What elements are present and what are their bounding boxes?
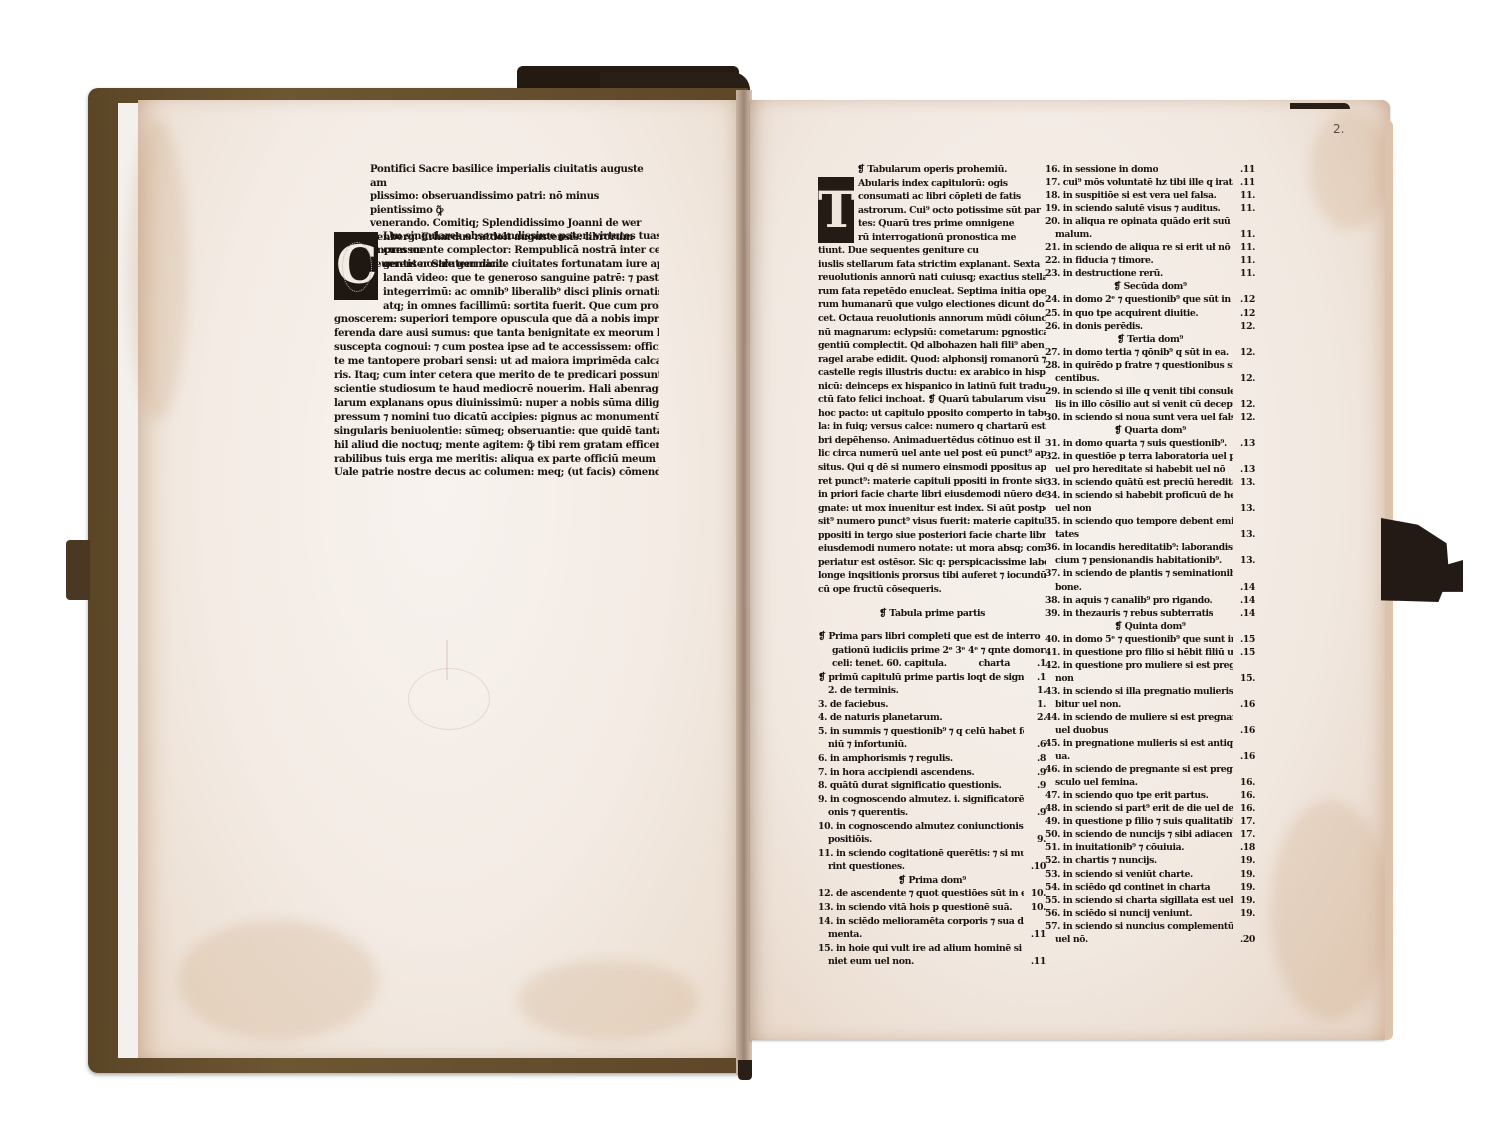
- entry-charta-number: .11: [1024, 928, 1046, 942]
- entry-charta-number: 12.: [1233, 320, 1255, 333]
- entry-title: 50. in sciendo de nuncijs ⁊ sibi adiacen…: [1045, 828, 1233, 841]
- prohemium-line: sit⁹ numero punct⁹ visus fuerit: materie…: [818, 515, 1046, 529]
- entry-charta-number: .13: [1233, 463, 1255, 476]
- entry-charta-number: [1024, 847, 1046, 861]
- entry-title: tates: [1055, 528, 1079, 541]
- prohemium-line: cet. Octaua reuolutionis annorum mūdi cō…: [818, 312, 1046, 326]
- entry-title: 16. in sessione in domo: [1045, 163, 1158, 176]
- entry-charta-number: [1233, 685, 1255, 698]
- prohemium-line: in priori facie charte libri eiusdemodi …: [818, 488, 1046, 502]
- letter-line: atq; in omnes facillimū: sortita fuerit.…: [383, 300, 659, 314]
- entry-title: 52. in chartis ⁊ nuncijs.: [1045, 854, 1157, 867]
- table-of-contents-entry: menta..11: [818, 928, 1046, 942]
- table-of-contents-entry: 41. in questione pro filio si hēbit fili…: [1045, 646, 1255, 659]
- table-of-contents-entry: ua..16: [1045, 750, 1255, 763]
- letter-line: te me tantopere probari sensi: ut ad mai…: [334, 355, 659, 369]
- table-of-contents-entry: 2. de terminis.1.: [818, 684, 1046, 698]
- prohemium-line: Abularis index capitulorū: ogis: [858, 177, 1046, 191]
- entry-title: 33. in sciendo quātū est preciū heredita…: [1045, 476, 1233, 489]
- entry-title: menta.: [828, 928, 862, 942]
- letter-line: hil aliud die noctuq; mente agitem: ꝙ̃ t…: [334, 439, 659, 453]
- table-of-contents-entry: uel duobus.16: [1045, 724, 1255, 737]
- entry-charta-number: 19.: [1233, 868, 1255, 881]
- decorated-initial-c: C: [334, 232, 378, 300]
- table-of-contents-entry: 52. in chartis ⁊ nuncijs.19.: [1045, 854, 1255, 867]
- entry-title: 29. in sciendo si ille q venit tibi cons…: [1045, 385, 1233, 398]
- table-of-contents-entry: uel pro hereditate si habebit uel nō.13: [1045, 463, 1255, 476]
- entry-title: 54. in sciēdo qd continet in charta: [1045, 881, 1210, 894]
- entry-title: 20. in aliqua re opinata quādo erit suū …: [1045, 215, 1233, 228]
- prohemium-line: rū interrogationū pronostica me: [858, 231, 1046, 245]
- letter-line: scientie studiosum te haud mediocrē noue…: [334, 383, 659, 397]
- folio-number: 2.: [1333, 122, 1344, 136]
- prohemium-line: consumati ac libri cōpleti de fatis: [858, 190, 1046, 204]
- entry-title: niet eum uel non.: [828, 955, 914, 969]
- entry-charta-number: .10: [1024, 860, 1046, 874]
- table-of-contents-entry: tates13.: [1045, 528, 1255, 541]
- entry-charta-number: [1233, 489, 1255, 502]
- prohemium-line: cū ope fructū cōsequeris.: [818, 583, 1046, 597]
- table-of-contents-entry: bitur uel non..16: [1045, 698, 1255, 711]
- letter-body: C Um singulares obseruandissime pater: v…: [334, 230, 659, 480]
- table-of-contents-entry: uel nō..20: [1045, 933, 1255, 946]
- entry-title: sculo uel femina.: [1055, 776, 1138, 789]
- table-of-contents-entry: 39. in thezauris ⁊ rebus subterratis.14: [1045, 607, 1255, 620]
- table-of-contents-entry: 48. in sciendo si part⁹ erit de die uel …: [1045, 802, 1255, 815]
- table-of-contents-entry: 33. in sciendo quātū est preciū heredita…: [1045, 476, 1255, 489]
- dedication-line: Pontifici Sacre basilice imperialis ciui…: [370, 163, 655, 190]
- entry-title: 18. in suspitiōe si est vera uel falsa.: [1045, 189, 1216, 202]
- table-of-contents-entry: 47. in sciendo quo tpe erit partus.16.: [1045, 789, 1255, 802]
- table-of-contents-entry: 28. in quirēdo p fratre ⁊ questionibus s…: [1045, 359, 1255, 372]
- entry-title: 14. in sciēdo melioramēta corporis ⁊ sua…: [818, 915, 1024, 929]
- prohemium-line: nū magnarum: eclypsiū: cometarum: pgnost…: [818, 326, 1046, 340]
- table-of-contents-entry: 32. in questiōe p terra laboratoria uel …: [1045, 450, 1255, 463]
- entry-title: 26. in donis perēdis.: [1045, 320, 1143, 333]
- entry-title: 34. in sciendo si habebit proficuū de he…: [1045, 489, 1233, 502]
- prohemium-line: lic circa numerū uel ante uel post eū pu…: [818, 447, 1046, 461]
- table-of-contents-entry: 10. in cognoscendo almutez coniunctionis…: [818, 820, 1046, 834]
- entry-title: 48. in sciendo si part⁹ erit de die uel …: [1045, 802, 1233, 815]
- table-of-contents-entry: 37. in sciendo de plantis ⁊ seminationib…: [1045, 567, 1255, 580]
- table-of-contents-entry: bone..14: [1045, 581, 1255, 594]
- entry-charta-number: 11.: [1233, 267, 1255, 280]
- entry-charta-number: 16.: [1233, 776, 1255, 789]
- table-of-contents-entry: 5. in summis ⁊ questionib⁹ ⁊ q celū habe…: [818, 725, 1046, 739]
- entry-charta-number: 11.: [1233, 254, 1255, 267]
- table-of-contents-entry: 35. in sciendo quo tempore debent emi he…: [1045, 515, 1255, 528]
- section-heading-prima-domus: ❡ Prima dom⁹: [818, 874, 1046, 888]
- table-of-contents-entry: 38. in aquis ⁊ canalib⁹ pro rigando..14: [1045, 594, 1255, 607]
- prohemium-line: astrorum. Cui⁹ octo potissime sūt par: [858, 204, 1046, 218]
- letter-line: pressum ⁊ nomini tuo dicatū accipies: pi…: [334, 411, 659, 425]
- entry-title: 53. in sciendo si veniūt charte.: [1045, 868, 1193, 881]
- prohemium-line: ppositi in tergo siue posteriori facie c…: [818, 529, 1046, 543]
- entry-charta-number: 12.: [1233, 346, 1255, 359]
- entry-charta-number: 19.: [1233, 907, 1255, 920]
- entry-title: 4. de naturis planetarum.: [818, 711, 942, 725]
- entry-charta-number: 10.: [1024, 901, 1046, 915]
- entry-charta-number: [1233, 450, 1255, 463]
- part-intro-line: ❡ Prima pars libri completi que est de i…: [818, 630, 1046, 644]
- entry-title: 43. in sciendo si illa pregnatio mulieri…: [1045, 685, 1233, 698]
- entry-title: bone.: [1055, 581, 1082, 594]
- entry-title: 13. in sciendo vitā hois p questionē suā…: [818, 901, 1012, 915]
- entry-charta-number: [1233, 359, 1255, 372]
- entry-charta-number: [1024, 793, 1046, 807]
- entry-title: non: [1055, 672, 1074, 685]
- entry-charta-number: .15: [1233, 633, 1255, 646]
- prohemium-line: eiusdemodi numero notate: ut mora absq; …: [818, 542, 1046, 556]
- entry-charta-number: 19.: [1233, 854, 1255, 867]
- entry-title: 39. in thezauris ⁊ rebus subterratis: [1045, 607, 1213, 620]
- table-of-contents-entry: 55. in sciendo si charta sigillata est u…: [1045, 894, 1255, 907]
- table-of-contents-entry: 51. in inuitationib⁹ ⁊ cōuiuia..18: [1045, 841, 1255, 854]
- entry-charta-number: [1233, 711, 1255, 724]
- table-of-contents-entry: 16. in sessione in domo.11: [1045, 163, 1255, 176]
- table-of-contents-entry: 30. in sciendo si noua sunt vera uel fal…: [1045, 411, 1255, 424]
- table-of-contents-entry: 42. in questione pro muliere si est preg…: [1045, 659, 1255, 672]
- entry-charta-number: 2.: [1024, 711, 1046, 725]
- entry-title: 51. in inuitationib⁹ ⁊ cōuiuia.: [1045, 841, 1184, 854]
- entry-title: niū ⁊ infortuniū.: [828, 738, 907, 752]
- table-of-contents-entry: 49. in questione p filio ⁊ suis qualitat…: [1045, 815, 1255, 828]
- entry-charta-number: .18: [1233, 841, 1255, 854]
- entry-charta-number: 13.: [1233, 528, 1255, 541]
- entry-title: centibus.: [1055, 372, 1099, 385]
- entry-title: 8. quātū durat significatio questionis.: [818, 779, 1002, 793]
- prohemium-line: bri depēhenso. Animaduertēdus cōtinuo es…: [818, 434, 1046, 448]
- entry-title: 9. in cognoscendo almutez. i. significat…: [818, 793, 1024, 807]
- table-of-contents-entry: niet eum uel non..11: [818, 955, 1046, 969]
- table-of-contents-entry: 17. cui⁹ mōs voluntatē hz tibi ille q ir…: [1045, 176, 1255, 189]
- part-intro-line: gationū iudiciis prime 2ᵉ 3ᵉ 4ᵉ ⁊ qnte d…: [818, 644, 1046, 658]
- entry-title: ua.: [1055, 750, 1070, 763]
- letter-line: gentis nostre germanie ciuitates fortuna…: [383, 258, 659, 272]
- table-of-contents-entry: 12. de ascendente ⁊ quot questiōes sūt i…: [818, 887, 1046, 901]
- table-of-contents-entry: 8. quātū durat significatio questionis..…: [818, 779, 1046, 793]
- entry-title: 28. in quirēdo p fratre ⁊ questionibus s…: [1045, 359, 1233, 372]
- entry-charta-number: .12: [1233, 307, 1255, 320]
- table-of-contents-entry: centibus.12.: [1045, 372, 1255, 385]
- entry-charta-number: .12: [1233, 293, 1255, 306]
- entry-title: 35. in sciendo quo tempore debent emi he…: [1045, 515, 1233, 528]
- entry-charta-number: 11.: [1233, 228, 1255, 241]
- table-of-contents-entry: 21. in sciendo de aliqua re si erit uł n…: [1045, 241, 1255, 254]
- entry-charta-number: 16.: [1233, 802, 1255, 815]
- entry-title: lis in illo cōsilio aut si venit cū dece…: [1055, 398, 1233, 411]
- entry-charta-number: 10.: [1024, 887, 1046, 901]
- entry-title: 30. in sciendo si noua sunt vera uel fal…: [1045, 411, 1233, 424]
- table-of-contents-entry: 45. in pregnatione mulieris si est antiq…: [1045, 737, 1255, 750]
- entry-title: 31. in domo quarta ⁊ suis questionib⁹.: [1045, 437, 1227, 450]
- prohemium-line: longe inqsitionis prorsus tibi auferet ⁊…: [818, 569, 1046, 583]
- prohemium-line: tes: Quarū tres prime omnigene: [858, 217, 1046, 231]
- table-entries-a2: 12. de ascendente ⁊ quot questiōes sūt i…: [818, 887, 1046, 968]
- prohemium-line: hoc pacto: ut capitulo pposito comperto …: [818, 407, 1046, 421]
- letter-line: ris. Itaq; cum inter cetera que merito d…: [334, 369, 659, 383]
- entry-charta-number: [1233, 659, 1255, 672]
- entry-charta-number: .20: [1233, 933, 1255, 946]
- table-of-contents-entry: 13. in sciendo vitā hois p questionē suā…: [818, 901, 1046, 915]
- entry-charta-number: 13.: [1233, 476, 1255, 489]
- prohemium-line: periatur est ostēsor. Sic q: perspicacis…: [818, 556, 1046, 570]
- entry-charta-number: .16: [1233, 750, 1255, 763]
- entry-title: 45. in pregnatione mulieris si est antiq…: [1045, 737, 1233, 750]
- letter-line: suscepta cognoui: ⁊ cum postea ipse ad t…: [334, 341, 659, 355]
- entry-charta-number: 11.: [1233, 241, 1255, 254]
- entry-title: 2. de terminis.: [828, 684, 898, 698]
- entry-title: onis ⁊ querentis.: [828, 806, 908, 820]
- letter-line: Uale patrie nostre decus ac columen: meq…: [334, 466, 659, 480]
- prohemium-line: gnate: ut mox inuenitur est index. Si aū…: [818, 502, 1046, 516]
- letter-line: gnoscerem: superiori tempore opuscula qu…: [334, 313, 659, 327]
- entry-title: 27. in domo tertia ⁊ qōnib⁹ q sūt in ea.: [1045, 346, 1229, 359]
- entry-title: 32. in questiōe p terra laboratoria uel …: [1045, 450, 1233, 463]
- entry-charta-number: [1024, 725, 1046, 739]
- table-of-contents-entry: 54. in sciēdo qd continet in charta19.: [1045, 881, 1255, 894]
- table-of-contents-entry: niū ⁊ infortuniū..6: [818, 738, 1046, 752]
- letter-line: landā video: que te generoso sanguine pa…: [383, 272, 659, 286]
- table-of-contents-entry: malum.11.: [1045, 228, 1255, 241]
- letter-line: singularis beniuolentie: sūmeq; obseruan…: [334, 425, 659, 439]
- prohemium-line: nicū: deinceps ex hispanico in latinū fu…: [818, 380, 1046, 394]
- spine-bottom: [738, 1060, 752, 1080]
- prohemium-line: tiunt. Due sequentes geniture cu: [818, 244, 1046, 258]
- entry-title: uel pro hereditate si habebit uel nō: [1055, 463, 1225, 476]
- table-of-contents-entry: 25. in quo tpe acquirent diuitie..12: [1045, 307, 1255, 320]
- entry-charta-number: .9: [1024, 779, 1046, 793]
- entry-title: 46. in sciendo de pregnante si est pregn…: [1045, 763, 1233, 776]
- dedication-line: plissimo: obseruandissimo patri: nō minu…: [370, 190, 655, 217]
- prohemium-line: ret punct⁹: materie capituli ppositi in …: [818, 475, 1046, 489]
- table-of-contents-entry: 3. de faciebus.1.: [818, 698, 1046, 712]
- entry-title: 19. in sciendo salutē visus ⁊ auditus.: [1045, 202, 1220, 215]
- table-of-contents-entry: 36. in locandis hereditatib⁹: laborandis…: [1045, 541, 1255, 554]
- table-of-contents-entry: 40. in domo 5ᵉ ⁊ questionib⁹ que sunt in…: [1045, 633, 1255, 646]
- prohemium-line: castelle regis illustris ductu: ex arabi…: [818, 366, 1046, 380]
- entry-title: 7. in hora accipiendi ascendens.: [818, 766, 974, 780]
- table-of-contents-entry: cium ⁊ pensionandis habitationib⁹.13.: [1045, 554, 1255, 567]
- entry-charta-number: .9: [1024, 766, 1046, 780]
- entry-charta-number: 17.: [1233, 815, 1255, 828]
- entry-charta-number: 19.: [1233, 894, 1255, 907]
- entry-title: bitur uel non.: [1055, 698, 1121, 711]
- table-of-contents-entry: 27. in domo tertia ⁊ qōnib⁹ q sūt in ea.…: [1045, 346, 1255, 359]
- entry-charta-number: .8: [1024, 752, 1046, 766]
- table-heading: ❡ Tabula prime partis: [818, 607, 1046, 621]
- entry-charta-number: .11: [1024, 955, 1046, 969]
- entry-charta-number: 17.: [1233, 828, 1255, 841]
- entry-charta-number: [1233, 567, 1255, 580]
- paper-watermark: [408, 668, 490, 730]
- entry-title: 42. in questione pro muliere si est preg…: [1045, 659, 1233, 672]
- section-heading: ❡ Quinta dom⁹: [1045, 620, 1255, 633]
- entry-charta-number: 9.: [1024, 833, 1046, 847]
- entry-title: 57. in sciendo si nuncius complementū ad…: [1045, 920, 1233, 933]
- open-book: 2. Pontifici Sacre basilice imperialis c…: [0, 0, 1500, 1138]
- dedication-line: venerando. Comitiq; Splendidissimo Joann…: [370, 217, 655, 231]
- entry-title: ❡ primū capitulū prime partis loqt de si…: [818, 671, 1024, 685]
- table-of-contents-entry: 18. in suspitiōe si est vera uel falsa.1…: [1045, 189, 1255, 202]
- right-column-a: ❡ Tabularum operis prohemiū. T Abularis …: [818, 163, 1046, 969]
- entry-charta-number: [1233, 385, 1255, 398]
- entry-charta-number: 19.: [1233, 881, 1255, 894]
- entry-title: 40. in domo 5ᵉ ⁊ questionib⁹ que sunt in…: [1045, 633, 1233, 646]
- entry-charta-number: [1233, 215, 1255, 228]
- table-of-contents-entry: 19. in sciendo salutē visus ⁊ auditus.11…: [1045, 202, 1255, 215]
- entry-charta-number: 12.: [1233, 411, 1255, 424]
- entry-title: 38. in aquis ⁊ canalib⁹ pro rigando.: [1045, 594, 1212, 607]
- entry-charta-number: .16: [1233, 698, 1255, 711]
- entry-charta-number: 15.: [1233, 672, 1255, 685]
- table-of-contents-entry: 7. in hora accipiendi ascendens..9: [818, 766, 1046, 780]
- prohemium-heading: ❡ Tabularum operis prohemiū.: [818, 163, 1046, 177]
- letter-line: Um singulares obseruandissime pater: vir…: [383, 230, 659, 244]
- table-of-contents-entry: 23. in destructione rerū.11.: [1045, 267, 1255, 280]
- table-of-contents-entry: 15. in hoie qui vult ire ad alium hominē…: [818, 942, 1046, 956]
- decorated-initial-t: T: [818, 177, 854, 243]
- table-of-contents-entry: 20. in aliqua re opinata quādo erit suū …: [1045, 215, 1255, 228]
- prohemium-line: rum fata repetēdo enucleat. Septima init…: [818, 285, 1046, 299]
- entry-title: 6. in amphorismis ⁊ regulis.: [818, 752, 953, 766]
- part-intro-entry: celi: tenet. 60. capitula. charta .1: [818, 657, 1046, 671]
- table-of-contents-entry: 26. in donis perēdis.12.: [1045, 320, 1255, 333]
- table-of-contents-entry: 43. in sciendo si illa pregnatio mulieri…: [1045, 685, 1255, 698]
- table-entries-a: ❡ primū capitulū prime partis loqt de si…: [818, 671, 1046, 874]
- entry-charta-number: [1233, 920, 1255, 933]
- section-heading: ❡ Tertia dom⁹: [1045, 333, 1255, 346]
- table-of-contents-entry: 44. in sciendo de muliere si est pregnan…: [1045, 711, 1255, 724]
- section-heading: ❡ Quarta dom⁹: [1045, 424, 1255, 437]
- left-clasp-stub: [66, 540, 90, 600]
- entry-charta-number: 1.: [1024, 684, 1046, 698]
- right-clasp: [1381, 518, 1463, 602]
- right-binding-top: [1290, 103, 1350, 109]
- prohemium-line: gentiū complectit. Qd albohazen hali fil…: [818, 339, 1046, 353]
- prohemium-line: ctū fato felici inchoat. ❡ Quarū tabular…: [818, 393, 1046, 407]
- entry-charta-number: .1: [1024, 671, 1046, 685]
- entry-charta-number: 12.: [1233, 398, 1255, 411]
- entry-title: 41. in questione pro filio si hēbit fili…: [1045, 646, 1233, 659]
- entry-charta-number: 1.: [1024, 698, 1046, 712]
- letter-line: cum mente complector: Rempublicā nostrā …: [383, 244, 659, 258]
- prohemium-line: ragel arabe edidit. Quod: alphonsij roma…: [818, 353, 1046, 367]
- table-of-contents-entry: 9. in cognoscendo almutez. i. significat…: [818, 793, 1046, 807]
- table-of-contents-entry: 34. in sciendo si habebit proficuū de he…: [1045, 489, 1255, 502]
- entry-charta-number: .15: [1233, 646, 1255, 659]
- entry-charta-number: [1233, 737, 1255, 750]
- entry-title: uel non: [1055, 502, 1091, 515]
- table-of-contents-entry: non15.: [1045, 672, 1255, 685]
- entry-charta-number: [1233, 541, 1255, 554]
- entry-charta-number: 16.: [1233, 789, 1255, 802]
- table-of-contents-entry: 56. in sciēdo si nuncij veniunt.19.: [1045, 907, 1255, 920]
- table-of-contents-entry: lis in illo cōsilio aut si venit cū dece…: [1045, 398, 1255, 411]
- entry-title: 10. in cognoscendo almutez coniunctionis…: [818, 820, 1024, 834]
- letter-line: larum explanans opus diuinissimū: nuper …: [334, 397, 659, 411]
- entry-title: 47. in sciendo quo tpe erit partus.: [1045, 789, 1208, 802]
- entry-title: rint questiones.: [828, 860, 905, 874]
- entry-title: 15. in hoie qui vult ire ad alium hominē…: [818, 942, 1024, 956]
- entry-charta-number: 13.: [1233, 502, 1255, 515]
- entry-charta-number: [1024, 820, 1046, 834]
- prohemium-line: rum humanarū que vulgo electiones dicunt…: [818, 298, 1046, 312]
- table-of-contents-entry: sculo uel femina.16.: [1045, 776, 1255, 789]
- entry-charta-number: 12.: [1233, 372, 1255, 385]
- table-of-contents-entry: 22. in fiducia ⁊ timore.11.: [1045, 254, 1255, 267]
- entry-charta-number: 11.: [1233, 189, 1255, 202]
- entry-title: 56. in sciēdo si nuncij veniunt.: [1045, 907, 1192, 920]
- entry-charta-number: .13: [1233, 437, 1255, 450]
- entry-title: 5. in summis ⁊ questionib⁹ ⁊ q celū habe…: [818, 725, 1024, 739]
- letter-line: rabilibus tuis erga me meritis: aliqua e…: [334, 453, 659, 467]
- entry-title: positiōis.: [828, 833, 872, 847]
- entry-charta-number: .9: [1024, 806, 1046, 820]
- entry-title: 3. de faciebus.: [818, 698, 888, 712]
- table-of-contents-entry: 50. in sciendo de nuncijs ⁊ sibi adiacen…: [1045, 828, 1255, 841]
- entry-title: 23. in destructione rerū.: [1045, 267, 1163, 280]
- entry-charta-number: [1024, 942, 1046, 956]
- table-of-contents-entry: 24. in domo 2ᵉ ⁊ questionib⁹ que sūt in …: [1045, 293, 1255, 306]
- table-of-contents-entry: ❡ primū capitulū prime partis loqt de si…: [818, 671, 1046, 685]
- table-of-contents-entry: 53. in sciendo si veniūt charte.19.: [1045, 868, 1255, 881]
- table-of-contents-entry: 46. in sciendo de pregnante si est pregn…: [1045, 763, 1255, 776]
- entry-charta-number: .11: [1233, 176, 1255, 189]
- entry-title: 24. in domo 2ᵉ ⁊ questionib⁹ que sūt in …: [1045, 293, 1233, 306]
- entry-title: 44. in sciendo de muliere si est pregnan…: [1045, 711, 1233, 724]
- entry-title: 37. in sciendo de plantis ⁊ seminationib…: [1045, 567, 1233, 580]
- entry-title: 55. in sciendo si charta sigillata est u…: [1045, 894, 1233, 907]
- entry-charta-number: 13.: [1233, 554, 1255, 567]
- entry-title: 22. in fiducia ⁊ timore.: [1045, 254, 1153, 267]
- entry-title: cium ⁊ pensionandis habitationib⁹.: [1055, 554, 1222, 567]
- table-of-contents-entry: 31. in domo quarta ⁊ suis questionib⁹..1…: [1045, 437, 1255, 450]
- prohemium-line: iuslis stellarum fata strictim explanant…: [818, 258, 1046, 272]
- table-of-contents-entry: 11. in sciendo cogitationē querētis: ⁊ s…: [818, 847, 1046, 861]
- section-heading: ❡ Secūda dom⁹: [1045, 280, 1255, 293]
- entry-charta-number: .16: [1233, 724, 1255, 737]
- entry-charta-number: .14: [1233, 581, 1255, 594]
- entry-charta-number: .14: [1233, 607, 1255, 620]
- table-of-contents-entry: 29. in sciendo si ille q venit tibi cons…: [1045, 385, 1255, 398]
- table-of-contents-entry: 14. in sciēdo melioramēta corporis ⁊ sua…: [818, 915, 1046, 929]
- entry-charta-number: [1233, 763, 1255, 776]
- prohemium-line: la: in fuiq; versus calce: numero q char…: [818, 420, 1046, 434]
- prohemium-line: situs. Qui q dē si numero einsmodi pposi…: [818, 461, 1046, 475]
- table-of-contents-entry: onis ⁊ querentis..9: [818, 806, 1046, 820]
- entry-charta-number: .14: [1233, 594, 1255, 607]
- entry-title: 21. in sciendo de aliqua re si erit uł n…: [1045, 241, 1233, 254]
- entry-title: 36. in locandis hereditatib⁹: laborandis…: [1045, 541, 1233, 554]
- entry-charta-number: .11: [1233, 163, 1255, 176]
- entry-title: uel duobus: [1055, 724, 1108, 737]
- prohemium-line: reuolutionis annorū nati cuiusq; exactiu…: [818, 271, 1046, 285]
- table-of-contents-entry: 4. de naturis planetarum.2.: [818, 711, 1046, 725]
- entry-charta-number: .6: [1024, 738, 1046, 752]
- entry-charta-number: [1024, 915, 1046, 929]
- table-of-contents-entry: uel non13.: [1045, 502, 1255, 515]
- letter-line: ferenda dare ausi sumus: que tanta benig…: [334, 327, 659, 341]
- letter-line: integerrimū: ac omnib⁹ liberalib⁹ disci …: [383, 286, 659, 300]
- entry-title: malum.: [1055, 228, 1092, 241]
- table-of-contents-entry: 6. in amphorismis ⁊ regulis..8: [818, 752, 1046, 766]
- entry-title: uel nō.: [1055, 933, 1088, 946]
- right-column-b: 16. in sessione in domo.1117. cui⁹ mōs v…: [1045, 163, 1255, 946]
- table-of-contents-entry: 57. in sciendo si nuncius complementū ad…: [1045, 920, 1255, 933]
- entry-title: 12. de ascendente ⁊ quot questiōes sūt i…: [818, 887, 1024, 901]
- entry-title: 11. in sciendo cogitationē querētis: ⁊ s…: [818, 847, 1024, 861]
